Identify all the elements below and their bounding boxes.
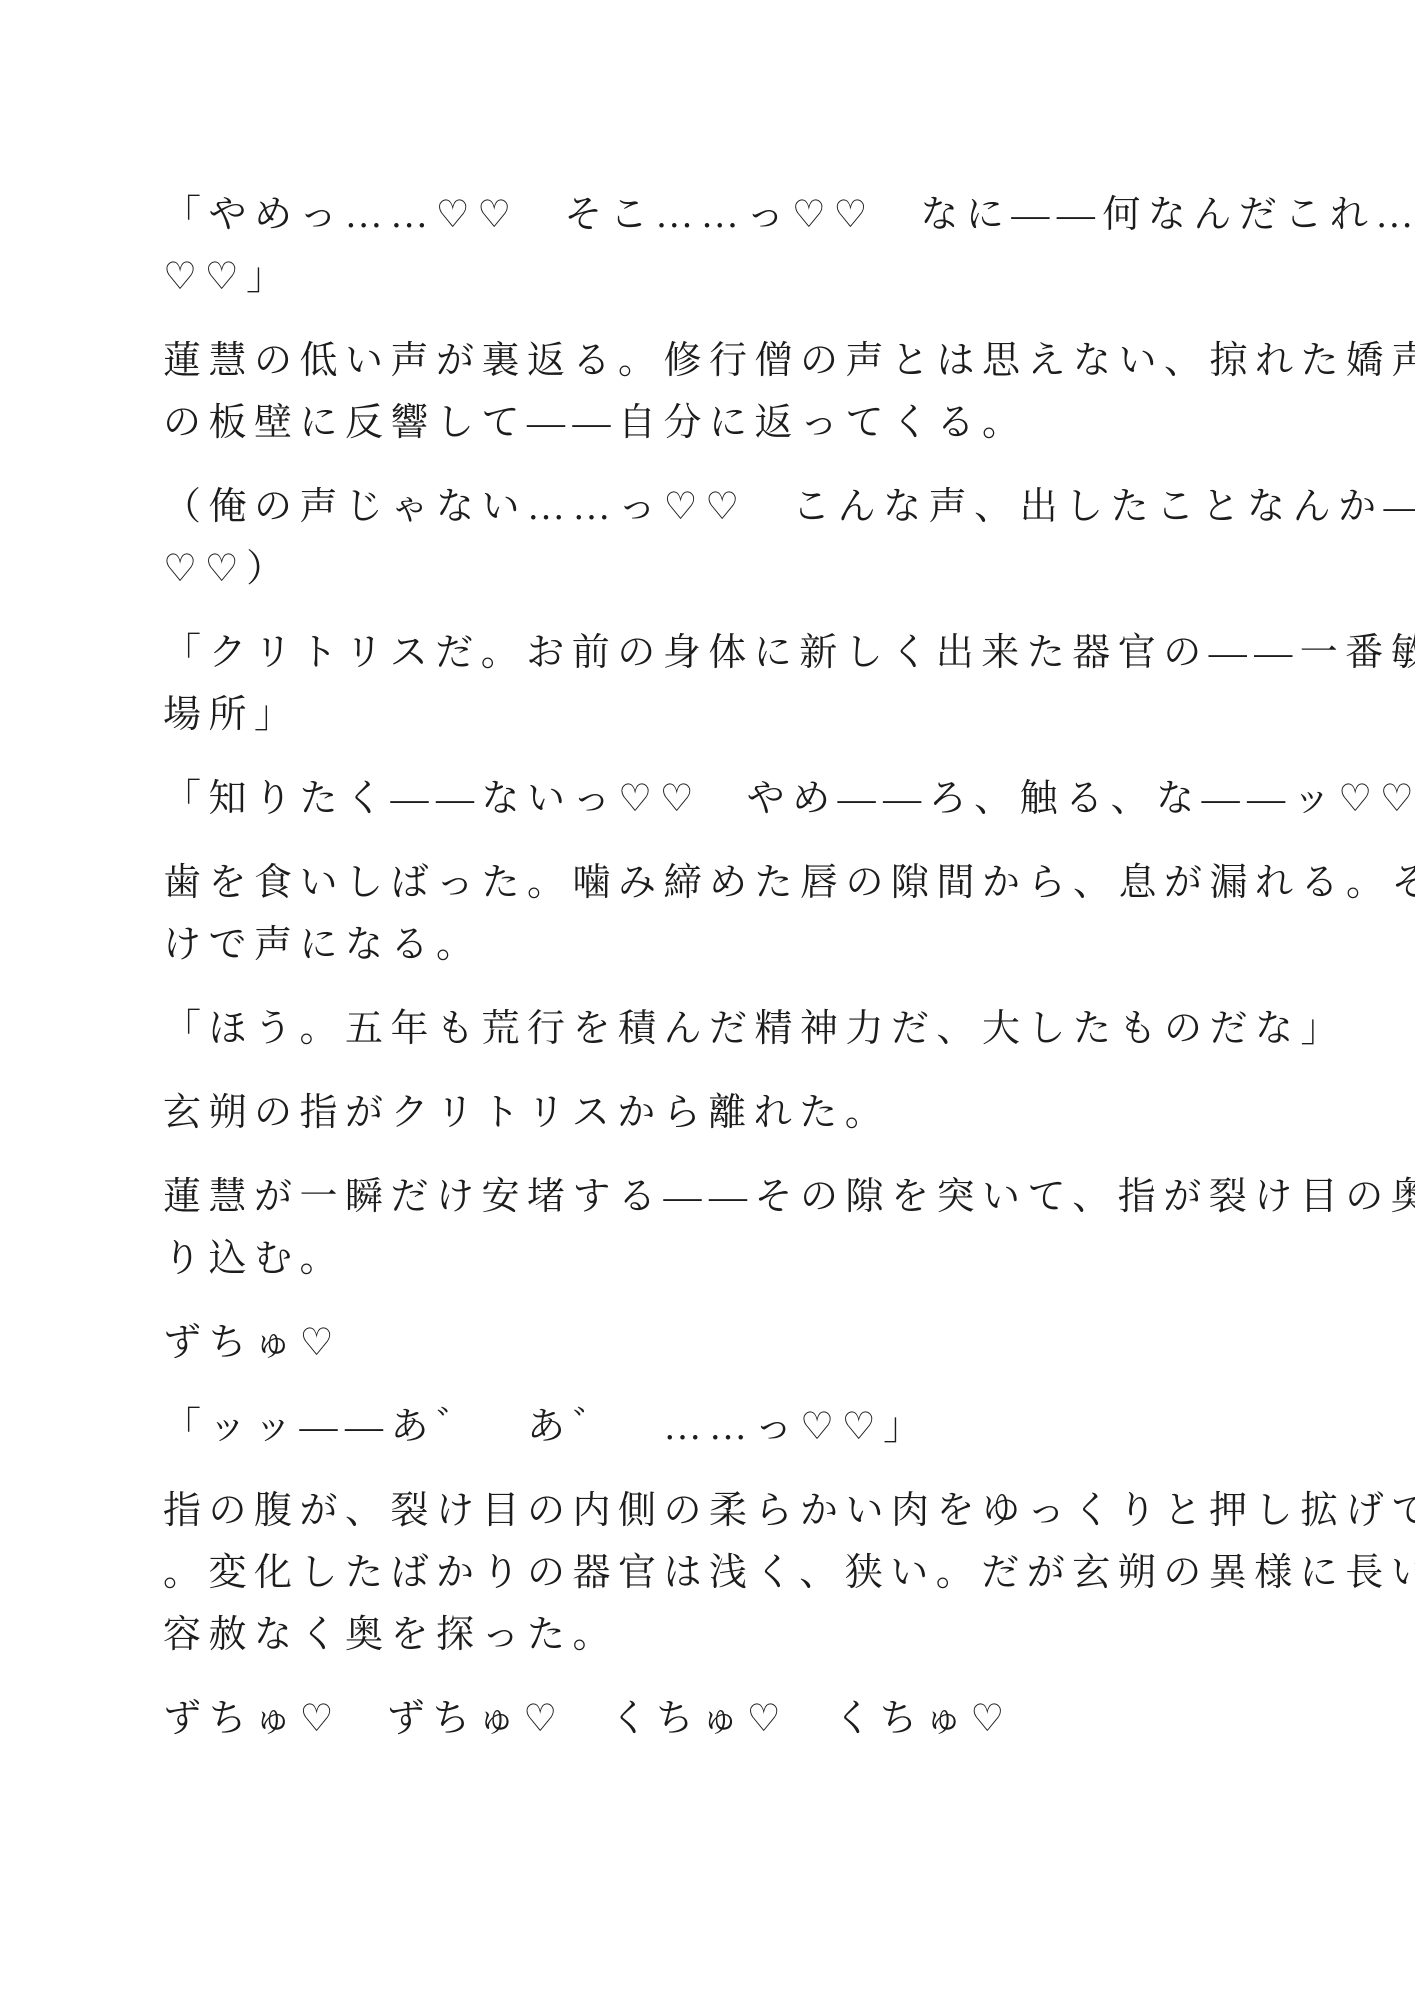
paragraph-dialogue-5: 「ッッ——あ゛ あ゛ ……っ♡♡」 — [163, 1396, 1173, 1458]
paragraph-dialogue-2: 「クリトリスだ。お前の身体に新しく出来た器官の——一番敏感な 場所」 — [163, 622, 1173, 746]
paragraph-sfx-1: ずちゅ♡ — [163, 1312, 1173, 1374]
text-line: 「知りたく——ないっ♡♡ やめ——ろ、触る、な——ッ♡♡」 — [163, 768, 1173, 830]
text-line: 玄朔の指がクリトリスから離れた。 — [163, 1082, 1173, 1144]
document-page: 「やめっ……♡♡ そこ……っ♡♡ なに——何なんだこれ……ッ ♡♡」 蓮慧の低い… — [0, 0, 1415, 2000]
text-line: 容赦なく奥を探った。 — [163, 1604, 1173, 1666]
paragraph-inner-thought: （俺の声じゃない……っ♡♡ こんな声、出したことなんか——っ ♡♡） — [163, 476, 1173, 600]
text-line: 蓮慧が一瞬だけ安堵する——その隙を突いて、指が裂け目の奥へ滑 — [163, 1166, 1173, 1228]
paragraph-narration-5: 指の腹が、裂け目の内側の柔らかい肉をゆっくりと押し拡げていく 。変化したばかりの… — [163, 1480, 1173, 1666]
text-line: 「やめっ……♡♡ そこ……っ♡♡ なに——何なんだこれ……ッ — [163, 184, 1173, 246]
text-line: けで声になる。 — [163, 914, 1173, 976]
text-line: ♡♡） — [163, 538, 1173, 600]
text-line: ずちゅ♡ — [163, 1312, 1173, 1374]
text-line: 「ほう。五年も荒行を積んだ精神力だ、大したものだな」 — [163, 998, 1173, 1060]
paragraph-narration-1: 蓮慧の低い声が裏返る。修行僧の声とは思えない、掠れた嬌声。庵 の板壁に反響して—… — [163, 330, 1173, 454]
paragraph-dialogue-3: 「知りたく——ないっ♡♡ やめ——ろ、触る、な——ッ♡♡」 — [163, 768, 1173, 830]
text-line: 歯を食いしばった。噛み締めた唇の隙間から、息が漏れる。それだ — [163, 852, 1173, 914]
text-line: ♡♡」 — [163, 246, 1173, 308]
text-line: 蓮慧の低い声が裏返る。修行僧の声とは思えない、掠れた嬌声。庵 — [163, 330, 1173, 392]
paragraph-dialogue-4: 「ほう。五年も荒行を積んだ精神力だ、大したものだな」 — [163, 998, 1173, 1060]
paragraph-sfx-2: ずちゅ♡ ずちゅ♡ くちゅ♡ くちゅ♡ — [163, 1688, 1173, 1750]
paragraph-narration-2: 歯を食いしばった。噛み締めた唇の隙間から、息が漏れる。それだ けで声になる。 — [163, 852, 1173, 976]
text-column: 「やめっ……♡♡ そこ……っ♡♡ なに——何なんだこれ……ッ ♡♡」 蓮慧の低い… — [163, 184, 1173, 1750]
text-line: 場所」 — [163, 684, 1173, 746]
paragraph-dialogue-1: 「やめっ……♡♡ そこ……っ♡♡ なに——何なんだこれ……ッ ♡♡」 — [163, 184, 1173, 308]
text-line: り込む。 — [163, 1228, 1173, 1290]
paragraph-narration-4: 蓮慧が一瞬だけ安堵する——その隙を突いて、指が裂け目の奥へ滑 り込む。 — [163, 1166, 1173, 1290]
text-line: 「ッッ——あ゛ あ゛ ……っ♡♡」 — [163, 1396, 1173, 1458]
text-line: 「クリトリスだ。お前の身体に新しく出来た器官の——一番敏感な — [163, 622, 1173, 684]
text-line: （俺の声じゃない……っ♡♡ こんな声、出したことなんか——っ — [163, 476, 1173, 538]
text-line: 。変化したばかりの器官は浅く、狭い。だが玄朔の異様に長い指は — [163, 1542, 1173, 1604]
text-line: 指の腹が、裂け目の内側の柔らかい肉をゆっくりと押し拡げていく — [163, 1480, 1173, 1542]
text-line: ずちゅ♡ ずちゅ♡ くちゅ♡ くちゅ♡ — [163, 1688, 1173, 1750]
text-line: の板壁に反響して——自分に返ってくる。 — [163, 392, 1173, 454]
paragraph-narration-3: 玄朔の指がクリトリスから離れた。 — [163, 1082, 1173, 1144]
